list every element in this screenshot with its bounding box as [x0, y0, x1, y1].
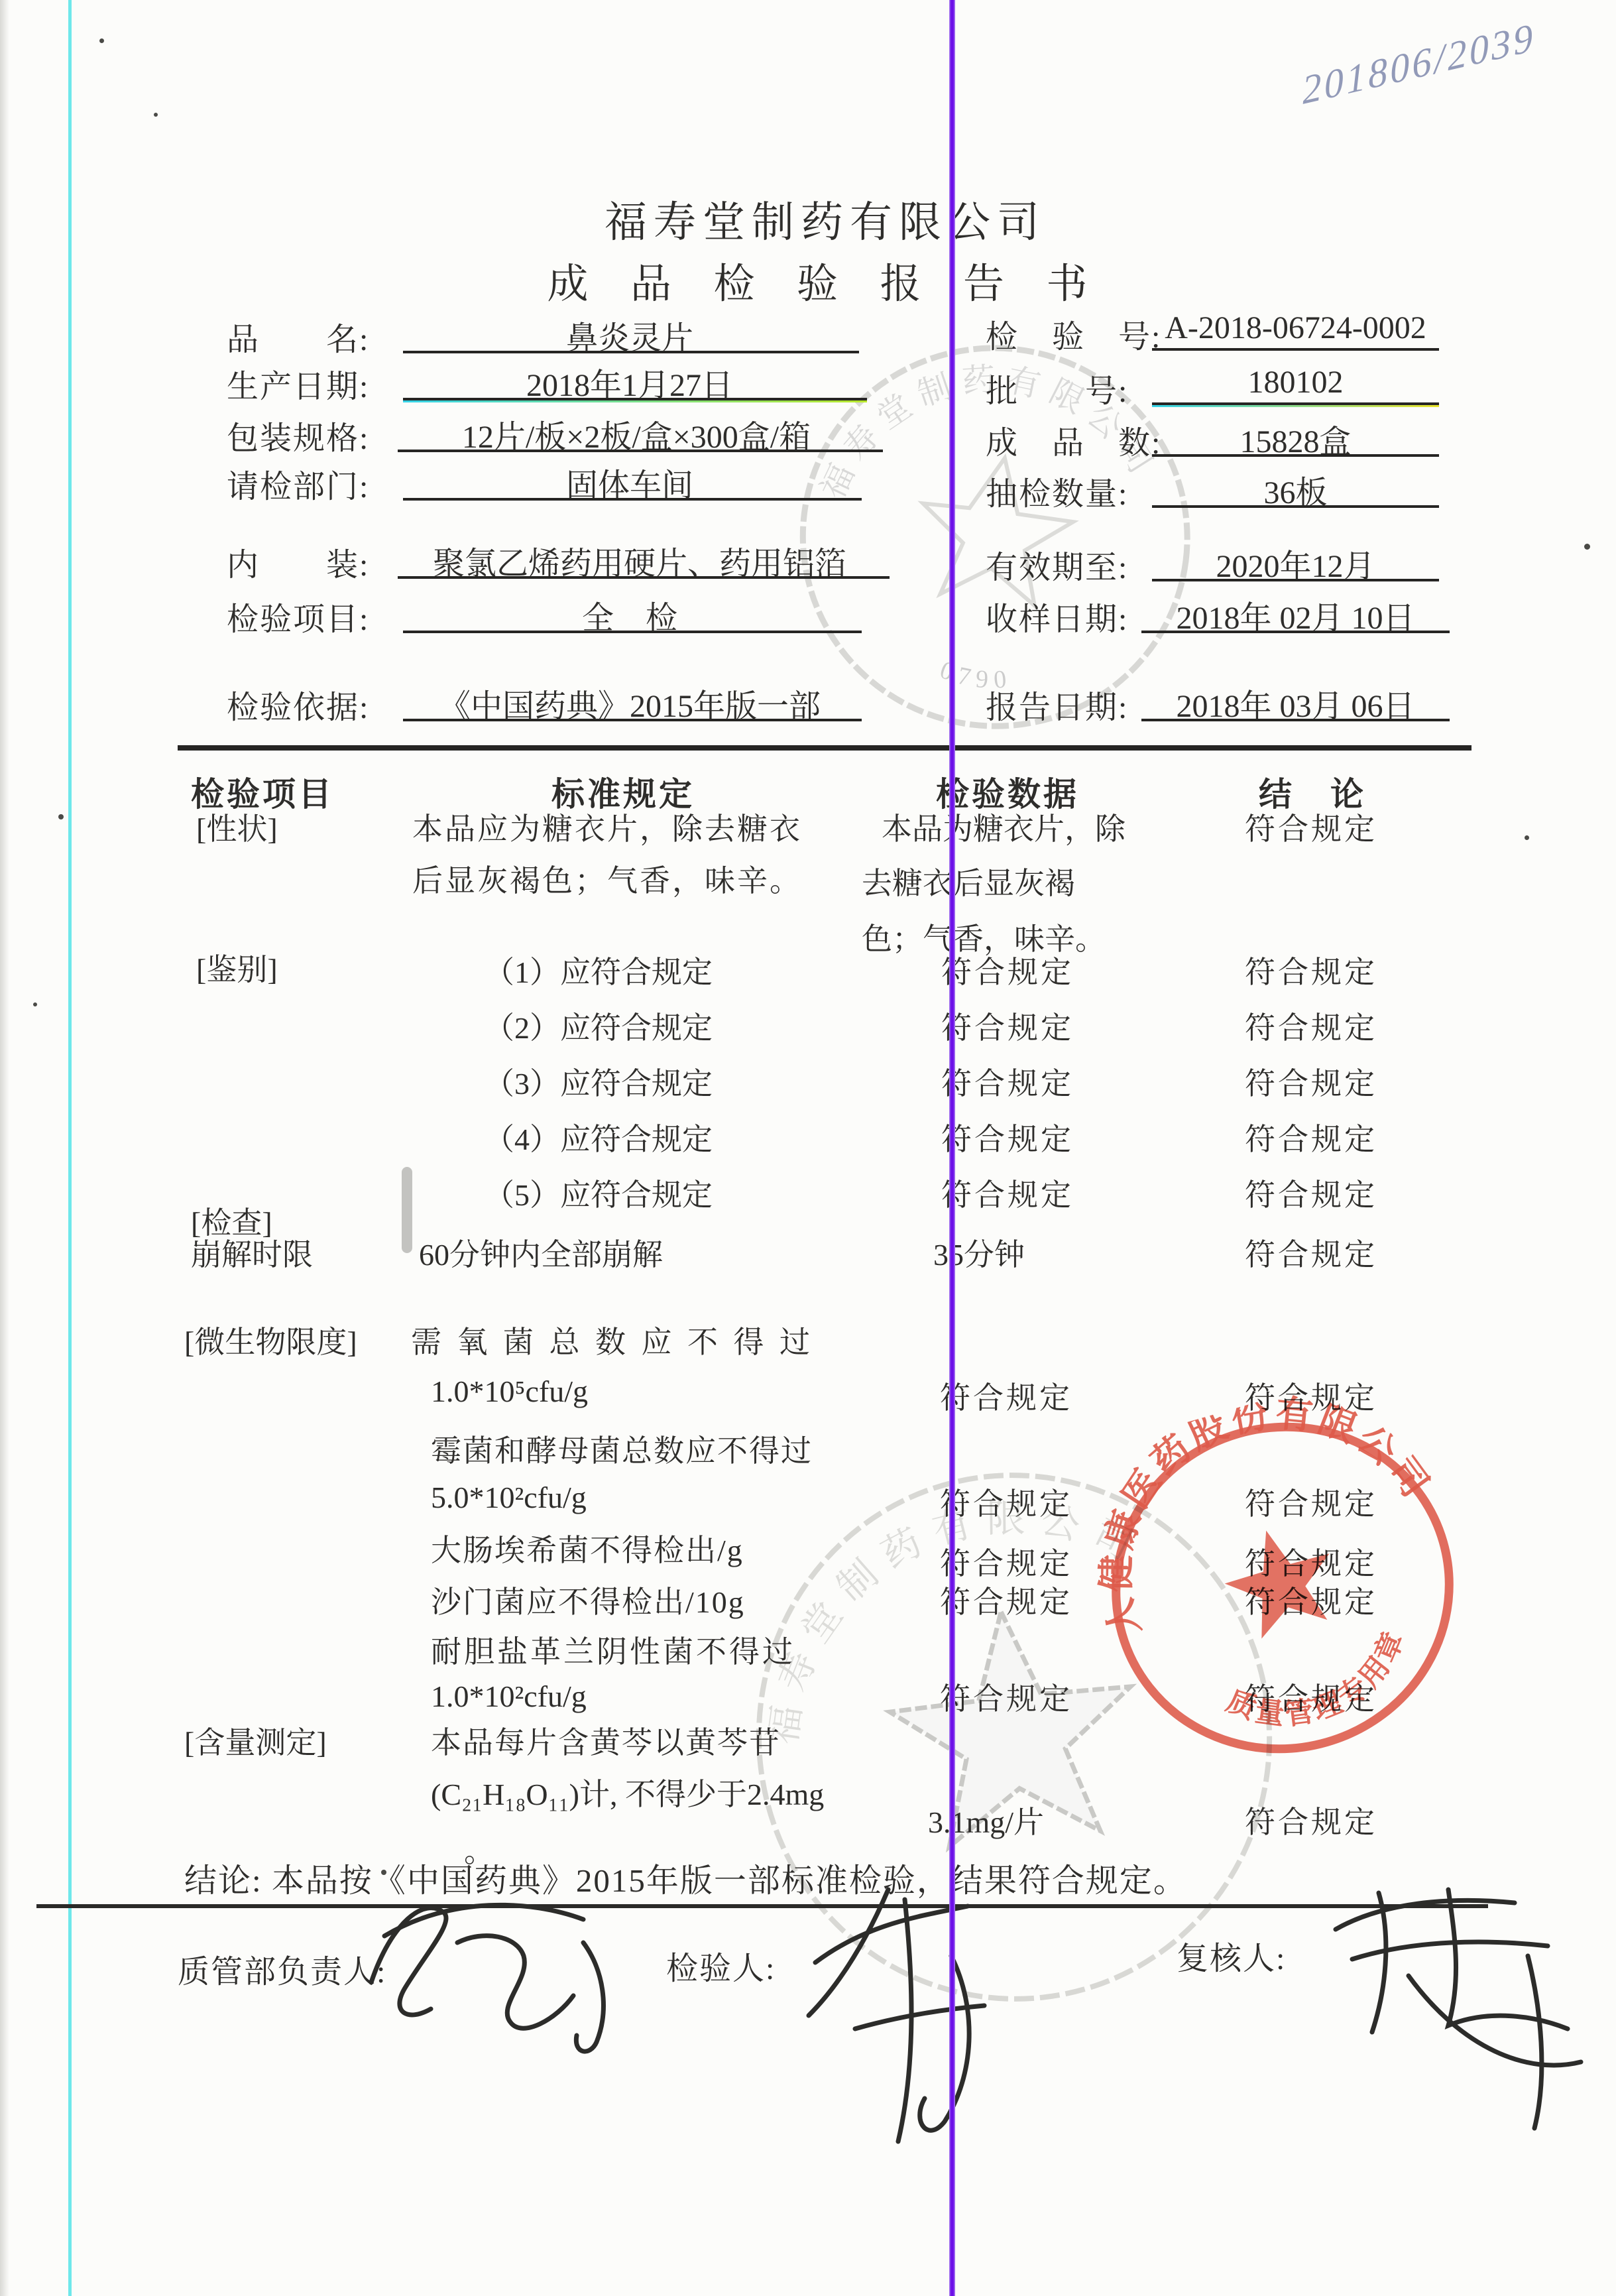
field-label: 批 号:	[986, 365, 1128, 411]
table-top-rule	[178, 745, 1472, 751]
field-label: 检验依据:	[227, 682, 369, 727]
field-underline	[1141, 719, 1450, 721]
scan-purple-line	[949, 0, 955, 2296]
row-item: 崩解时限	[191, 1231, 313, 1274]
row-standard-line: 本品应为糖衣片，除去糖衣	[412, 805, 802, 849]
scan-cyan-line	[68, 0, 72, 2296]
handwritten-number: 201806/2039	[1301, 14, 1536, 114]
row-data: 符合规定	[940, 1540, 1072, 1583]
row-standard-line: (C₂₁H₁₈O₁₁)计, 不得少于2.4mg	[431, 1770, 824, 1814]
field-label: 成 品 数:	[986, 417, 1161, 463]
section-label: [鉴别]	[196, 945, 278, 989]
row-standard: 60分钟内全部崩解	[419, 1231, 663, 1274]
inspector-label: 检验人:	[666, 1943, 776, 1988]
row-standard: （4）应符合规定	[484, 1115, 713, 1159]
scan-color-fringe	[1152, 405, 1439, 407]
row-conclusion: 符合规定	[1245, 805, 1377, 849]
field-underline	[1141, 631, 1450, 633]
scan-speck	[1584, 544, 1590, 550]
row-data: 符合规定	[940, 1480, 1072, 1524]
field-label: 报告日期:	[986, 682, 1128, 727]
field-label: 抽检数量:	[986, 468, 1128, 514]
field-label: 收样日期:	[986, 593, 1128, 639]
field-underline	[1152, 348, 1439, 351]
row-conclusion: 符合规定	[1245, 1004, 1377, 1048]
scan-ink-smudge	[402, 1167, 412, 1253]
row-standard: （5）应符合规定	[484, 1171, 713, 1215]
field-underline	[403, 498, 862, 501]
row-item: [性状]	[196, 805, 278, 849]
field-label: 内 装:	[227, 539, 369, 585]
row-standard-line: 霉菌和酵母菌总数应不得过	[431, 1427, 813, 1471]
field-underline	[398, 450, 883, 452]
field-underline	[403, 631, 862, 633]
row-data: 符合规定	[941, 1059, 1074, 1103]
section-label: [含量测定]	[184, 1719, 327, 1762]
signature-divider-rule	[36, 1904, 1488, 1908]
section-label: [微生物限度]	[184, 1318, 357, 1362]
field-label: 请检部门:	[227, 461, 369, 507]
row-data: 3.1mg/片	[928, 1798, 1044, 1842]
row-standard-line: 1.0*10⁵cfu/g	[431, 1374, 588, 1409]
row-data: 符合规定	[941, 1115, 1074, 1159]
row-standard-line: 1.0*10²cfu/g	[431, 1679, 587, 1714]
field-label: 有效期至:	[986, 542, 1128, 587]
row-data: 35分钟	[933, 1231, 1025, 1274]
field-label: 生产日期:	[227, 361, 369, 406]
row-conclusion: 符合规定	[1245, 948, 1377, 992]
qa-manager-signature	[345, 1883, 656, 2108]
field-underline	[398, 576, 890, 579]
inspector-signature	[782, 1876, 1014, 2168]
row-standard-line: 耐胆盐革兰阴性菌不得过	[431, 1628, 795, 1671]
report-page: 福寿堂制药有限公司 0790 福寿堂制药有限公司 201806/2039 福寿堂…	[0, 0, 1616, 2296]
overall-conclusion: 结论: 本品按《中国药典》2015年版一部标准检验，结果符合规定。	[184, 1855, 1187, 1902]
row-data: 符合规定	[941, 948, 1074, 992]
field-underline	[1152, 505, 1439, 508]
row-standard-line: 大肠埃希菌不得检出/g	[431, 1526, 744, 1570]
row-data: 符合规定	[940, 1675, 1072, 1719]
field-underline	[1152, 579, 1439, 581]
row-standard-line: 沙门菌应不得检出/10g	[431, 1578, 745, 1622]
row-data: 符合规定	[941, 1004, 1074, 1048]
row-standard-line: 后显灰褐色；气香，味辛。	[412, 857, 802, 900]
row-data: 符合规定	[940, 1578, 1072, 1622]
scan-speck	[1525, 835, 1529, 840]
row-data-line: 本品为糖衣片，除	[882, 805, 1125, 849]
row-standard: （3）应符合规定	[484, 1059, 713, 1103]
svg-text:质量管理专用章: 质量管理专用章	[1210, 1618, 1428, 1752]
field-label: 包装规格:	[227, 412, 369, 458]
reviewer-label: 复核人:	[1177, 1933, 1286, 1978]
row-conclusion: 符合规定	[1245, 1171, 1377, 1215]
scan-color-fringe	[403, 400, 867, 402]
row-conclusion: 符合规定	[1245, 1059, 1377, 1103]
scan-speck	[58, 814, 64, 819]
row-conclusion: 符合规定	[1245, 1798, 1377, 1842]
row-standard: （1）应符合规定	[484, 948, 713, 992]
field-underline	[1152, 454, 1439, 457]
scan-speck	[99, 38, 104, 43]
company-title: 福寿堂制药有限公司	[398, 188, 1253, 249]
reviewer-signature	[1316, 1873, 1601, 2151]
scan-speck	[154, 113, 158, 117]
scan-left-edge-shadow	[0, 0, 9, 2296]
field-label: 检验项目:	[227, 593, 369, 639]
field-label: 检 验 号:	[986, 311, 1161, 357]
row-standard-line: 本品每片含黄芩以黄芩苷	[431, 1719, 781, 1762]
field-underline	[403, 719, 862, 721]
field-value: 180102	[1148, 364, 1443, 400]
field-underline	[403, 351, 859, 353]
row-standard: （2）应符合规定	[484, 1004, 713, 1048]
report-title: 成 品 检 验 报 告 书	[371, 251, 1279, 310]
row-data: 符合规定	[941, 1171, 1074, 1215]
field-label: 品 名:	[227, 314, 369, 359]
row-conclusion: 符合规定	[1245, 1115, 1377, 1159]
row-standard-line: 需 氧 菌 总 数 应 不 得 过	[411, 1318, 814, 1362]
scan-speck	[33, 1002, 37, 1006]
row-data-line: 去糖衣后显灰褐	[862, 859, 1075, 903]
red-seal-purpose-text: 质量管理专用章	[1210, 1618, 1428, 1752]
row-conclusion: 符合规定	[1245, 1231, 1377, 1274]
field-value: A-2018-06724-0002	[1148, 310, 1443, 346]
row-standard-line: 5.0*10²cfu/g	[431, 1480, 587, 1515]
row-data: 符合规定	[940, 1374, 1072, 1418]
